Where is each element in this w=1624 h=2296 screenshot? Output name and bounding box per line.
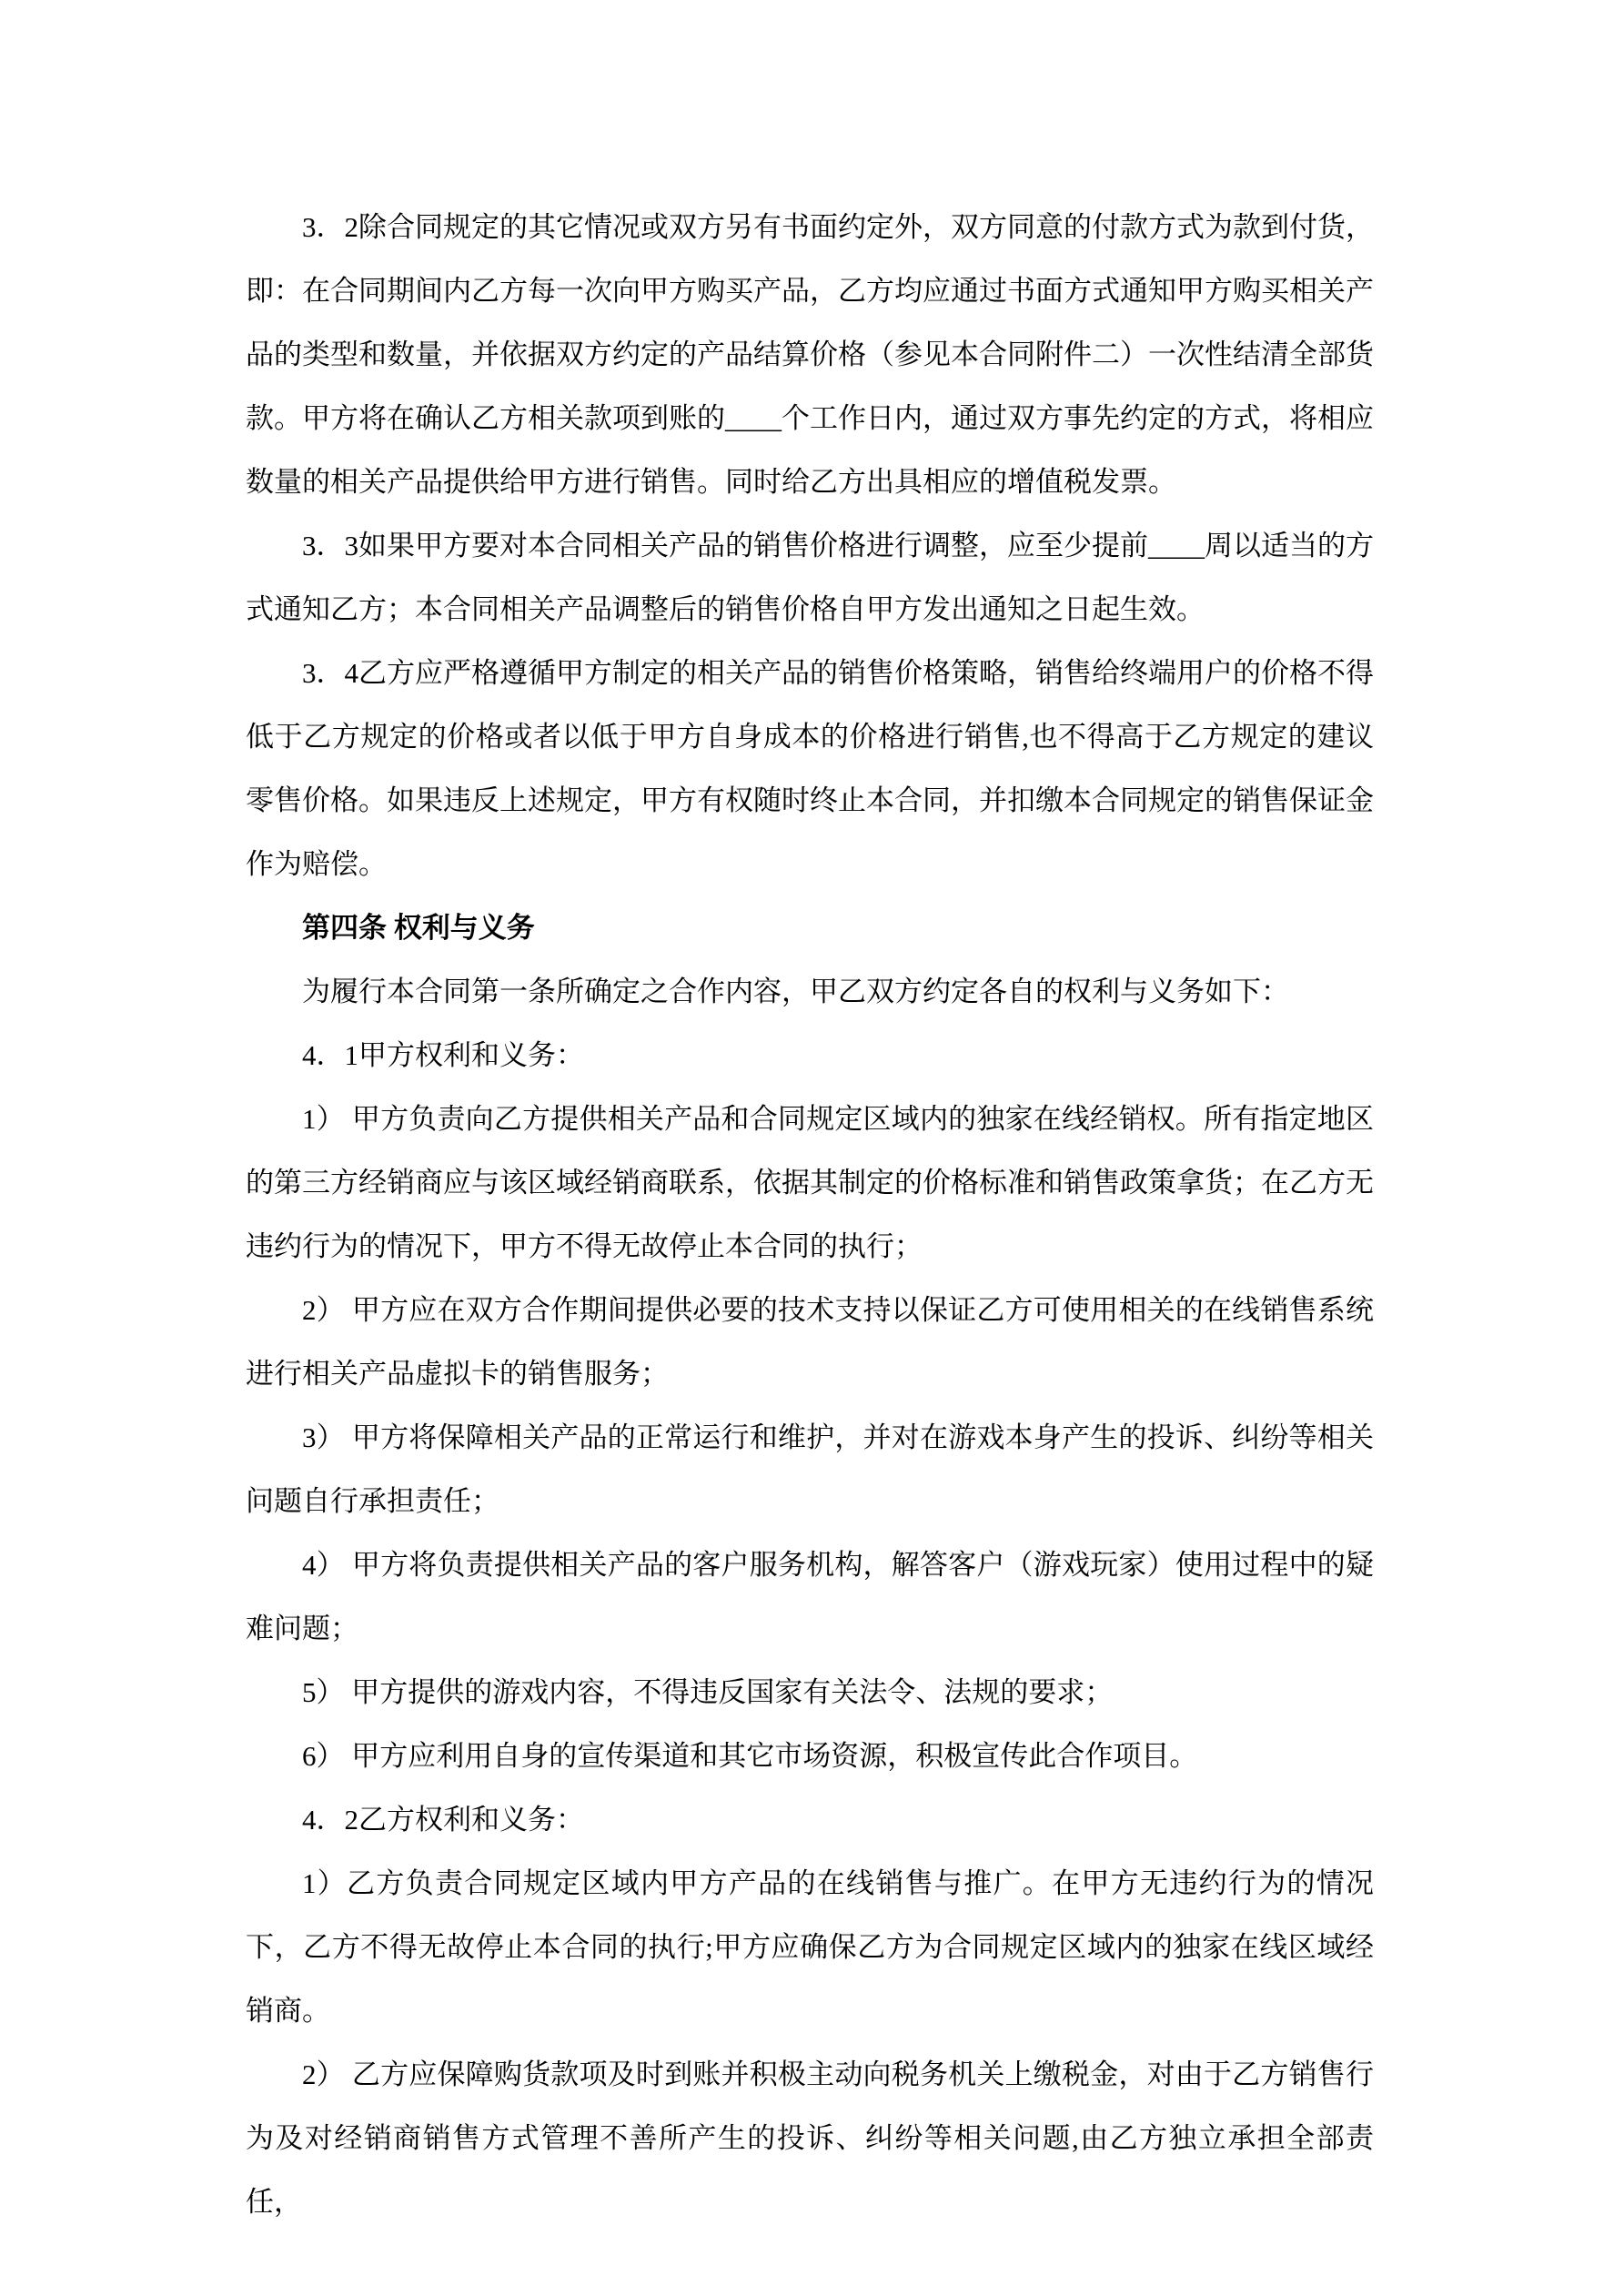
document-body: 3．2除合同规定的其它情况或双方另有书面约定外，双方同意的付款方式为款到付货，即… (246, 196, 1374, 2234)
paragraph: 1）乙方负责合同规定区域内甲方产品的在线销售与推广。在甲方无违约行为的情况下，乙… (246, 1852, 1374, 2043)
paragraph: 4．1甲方权利和义务： (246, 1024, 1374, 1087)
paragraph: 4．2乙方权利和义务： (246, 1788, 1374, 1852)
paragraph: 为履行本合同第一条所确定之合作内容，甲乙双方约定各自的权利与义务如下： (246, 960, 1374, 1024)
section-heading: 第四条 权利与义务 (246, 896, 1374, 960)
paragraph: 1） 甲方负责向乙方提供相关产品和合同规定区域内的独家在线经销权。所有指定地区的… (246, 1087, 1374, 1279)
paragraph: 3．4乙方应严格遵循甲方制定的相关产品的销售价格策略，销售给终端用户的价格不得低… (246, 642, 1374, 896)
paragraph: 3） 甲方将保障相关产品的正常运行和维护，并对在游戏本身产生的投诉、纠纷等相关问… (246, 1406, 1374, 1533)
paragraph: 4） 甲方将负责提供相关产品的客户服务机构，解答客户（游戏玩家）使用过程中的疑难… (246, 1533, 1374, 1661)
paragraph: 2） 乙方应保障购货款项及时到账并积极主动向税务机关上缴税金，对由于乙方销售行为… (246, 2043, 1374, 2234)
paragraph: 3．3如果甲方要对本合同相关产品的销售价格进行调整，应至少提前____周以适当的… (246, 514, 1374, 642)
paragraph: 5） 甲方提供的游戏内容，不得违反国家有关法令、法规的要求； (246, 1661, 1374, 1725)
paragraph: 2） 甲方应在双方合作期间提供必要的技术支持以保证乙方可使用相关的在线销售系统进… (246, 1279, 1374, 1406)
paragraph: 6） 甲方应利用自身的宣传渠道和其它市场资源，积极宣传此合作项目。 (246, 1725, 1374, 1788)
document-page: 3．2除合同规定的其它情况或双方另有书面约定外，双方同意的付款方式为款到付货，即… (0, 0, 1624, 2296)
paragraph: 3．2除合同规定的其它情况或双方另有书面约定外，双方同意的付款方式为款到付货，即… (246, 196, 1374, 514)
